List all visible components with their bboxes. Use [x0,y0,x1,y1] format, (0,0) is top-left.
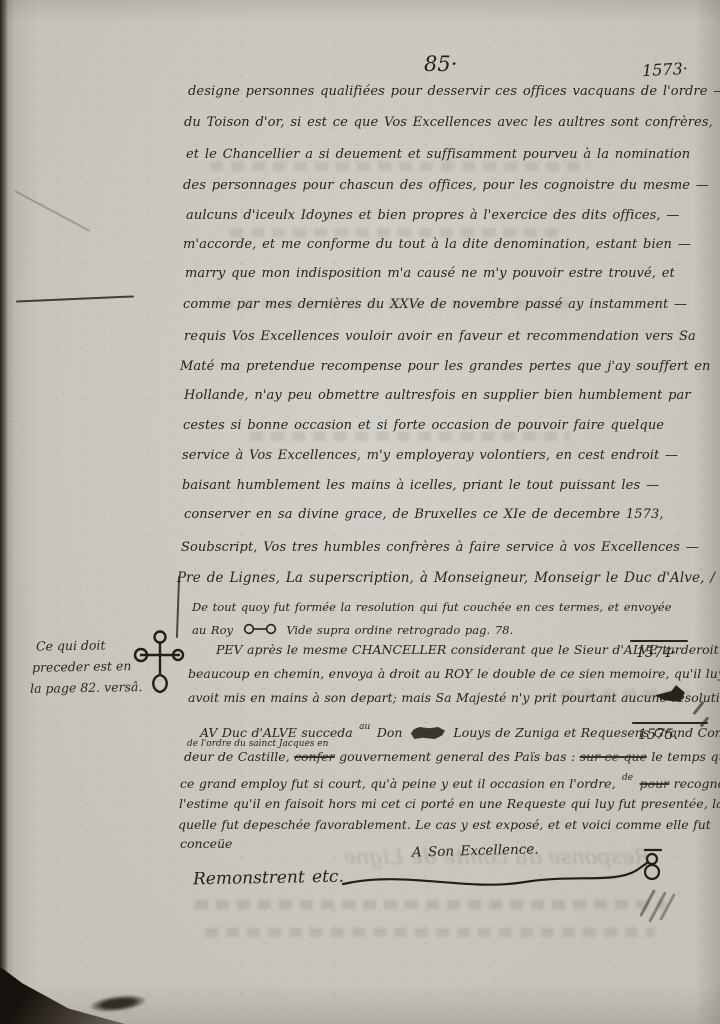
margin-note-line: Ce qui doit [36,637,106,653]
interlinear-insert: au [359,722,370,732]
letter-line: Maté ma pretendue recompense pour les gr… [180,359,711,374]
letter-line: service à Vos Excellences, m'y employera… [182,448,678,463]
chain-link-symbol [243,623,277,635]
ink-scribble [411,727,445,739]
flourish-swash [175,848,685,908]
folio-number: 85· [424,52,457,76]
interlinear-insert-line: de l'ordre du sainct Jacques en [187,739,328,749]
year-overline [630,640,688,642]
bleedthrough-row [205,928,655,937]
binding-edge [0,0,8,1024]
letter-line: des personnages pour chascun des offices… [183,178,709,193]
page-corner-fold [0,954,125,1024]
bleedthrough-row [210,162,590,171]
ink-smudge [89,993,146,1015]
alve-text: deur de Castille, [184,749,290,764]
alve-text: gouvernement general des Païs bas : [339,749,575,764]
letter-line: Pre de Lignes, La superscription, à Mons… [177,570,715,586]
letter-line: designe personnes qualifiées pour desser… [188,84,720,99]
letter-line: De tout quoy fut formée la resolution qu… [192,600,672,614]
chancellor-note-line: beaucoup en chemin, envoya à droit au RO… [188,666,720,681]
letter-line: cestes si bonne occasion et si forte occ… [183,418,664,433]
margin-year-1574: 1574· [636,645,676,661]
letter-line: marry que mon indisposition m'a causé ne… [185,266,675,281]
margin-note-line: la page 82. versâ. [30,679,143,696]
margin-note-line: preceder est en [32,658,132,675]
alve-text: le temps qu'il [651,749,720,764]
letter-line: baisant humblement les mains à icelles, … [182,478,659,493]
letter-line: Soubscript, Vos tres humbles confrères à… [181,540,699,555]
letter-line: conserver en sa divine grace, de Bruxell… [184,507,664,522]
year-overline [632,722,708,724]
margin-dash [16,295,134,302]
alve-note-line: ce grand employ fut si court, qu'à peine… [180,773,720,791]
reference-cross-mark [133,628,187,700]
alve-text: AV Duc d'ALVE succeda [200,725,353,740]
interlinear-insert: de [622,773,633,783]
alve-note-line: l'estime qu'il en faisoit hors mi cet ci… [179,796,720,811]
letter-line: comme par mes dernières du XXVe de novem… [183,297,687,312]
chancellor-note-line: avoit mis en mains à son depart; mais Sa… [188,690,720,705]
crease-scratch [15,190,91,231]
letter-line: m'accorde, et me conforme du tout à la d… [183,237,691,252]
top-right-year: 1573· [642,59,689,80]
letter-line: requis Vos Excellences vouloir avoir en … [184,329,696,344]
letter-line: Hollande, n'ay peu obmettre aultresfois … [184,388,691,403]
letter-line: aulcuns d'iceulx Idoynes et bien propres… [186,208,680,223]
manuscript-page: Response du comte de Ligne 85· 1573· des… [0,0,720,1024]
letter-line: du Toison d'or, si est ce que Vos Excell… [184,115,713,130]
alve-note-line: quelle fut depeschée favorablement. Le c… [178,817,711,832]
alve-text: recognoistre [674,776,720,791]
bleedthrough-row [230,228,560,237]
alve-text: Don [377,725,403,740]
letter-line-part: au Roy [192,623,233,637]
letter-line: et le Chancellier a si deuement et suffi… [186,147,690,162]
alve-text: Louys de Zuniga et Requesens Grand Comma… [453,725,720,740]
struck-text: pour [640,776,670,791]
struck-text: confer [294,749,335,764]
letter-line-part: Vide supra ordine retrogrado pag. 78. [286,623,513,637]
letter-line: au Roy Vide supra ordine retrogrado pag.… [192,623,513,637]
margin-year-1575: 1575. [638,727,678,743]
alve-note-line: deur de Castille, confer gouvernement ge… [184,749,720,764]
alve-text: ce grand employ fut si court, qu'à peine… [180,776,616,791]
bleedthrough-row [250,432,570,441]
struck-text: sur ce que [580,749,647,764]
